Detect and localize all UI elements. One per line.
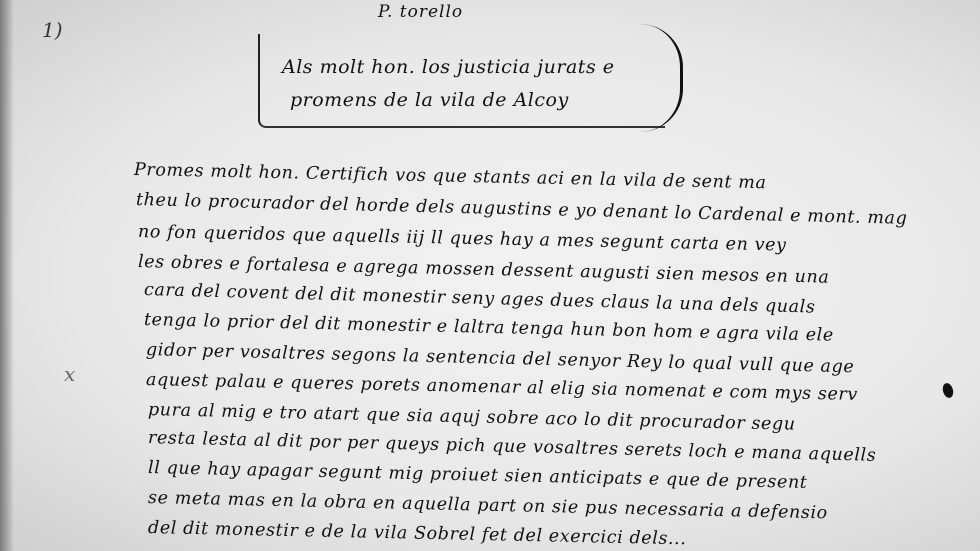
heading-signature: P. torello (378, 2, 463, 22)
body-line-1: Promes molt hon. Certifich vos que stant… (134, 160, 767, 193)
manuscript-page: 1) x P. torello Als molt hon. los justic… (0, 0, 980, 551)
body-line-11: ll que hay apagar segunt mig proiuet sie… (148, 458, 808, 493)
body-line-12: se meta mas en la obra en aquella part o… (148, 488, 828, 523)
address-line-1: Als molt hon. los justicia jurats e (282, 56, 614, 78)
page-edge-shadow (0, 0, 14, 551)
body-line-13: del dit monestir e de la vila Sobrel fet… (148, 518, 687, 549)
body-line-3: no fon queridos que aquells iij ll ques … (138, 222, 787, 256)
address-bracket (258, 34, 665, 128)
body-line-8: aquest palau e queres porets anomenar al… (146, 370, 858, 405)
ink-blot (941, 382, 955, 399)
address-brace (640, 24, 683, 132)
folio-mark: 1) (42, 18, 63, 42)
address-line-2: promens de la vila de Alcoy (290, 89, 569, 111)
body-line-2: theu lo procurador del horde dels august… (136, 190, 908, 229)
margin-mark: x (64, 362, 75, 386)
